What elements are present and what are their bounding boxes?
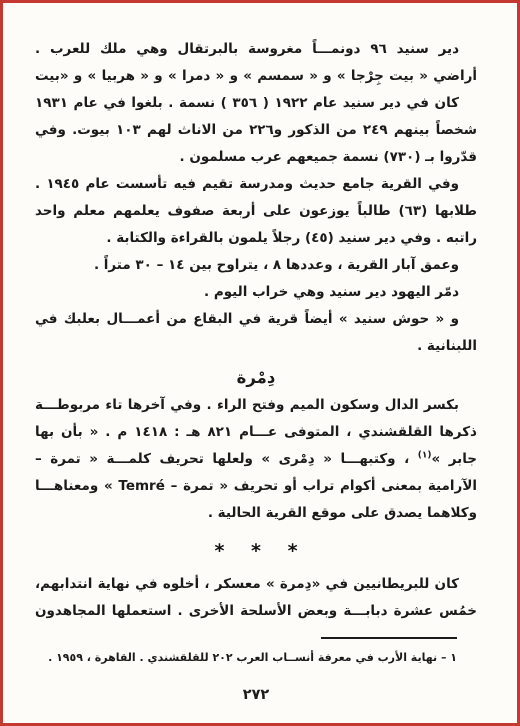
page-number: ٢٧٢ xyxy=(35,687,477,703)
body-text-line: كان للبريطانيين في «دِمرة » معسكر ، أخلو… xyxy=(35,571,477,598)
body-text-line: جابر »(١) ، وكتبهـــا « دِمْرى » ولعلها … xyxy=(35,446,477,473)
footnote-divider xyxy=(321,637,457,639)
footnote-marker: (١) xyxy=(418,451,432,461)
body-text-line: ذكرها القلقشندي ، المتوفى عـــام ٨٢١ هـ … xyxy=(35,419,477,446)
body-text-line: شخصاً بينهم ٢٤٩ من الذكور و٢٢٦ من الاناث… xyxy=(35,117,477,144)
body-text-line: دمّر اليهود دير سنيد وهي خراب اليوم . xyxy=(35,279,477,306)
body-text-line: قدّروا بـ (٧٣٠) نسمة جميعهم عرب مسلمون . xyxy=(35,144,477,171)
body-text-line: طلابها (٦٣) طالباً يوزعون على أربعة صفوف… xyxy=(35,198,477,225)
body-text-line: و « حوش سنيد » أيضاً قرية في البقاع من أ… xyxy=(35,306,477,333)
body-text-line: أراضي « بيت جِرْجا » و « سمسم » و « دمرا… xyxy=(35,63,477,90)
body-text-line: وفي القرية جامع حديث ومدرسة تقيم فيه تأس… xyxy=(35,171,477,198)
asterisk-separator: * * * xyxy=(35,539,477,563)
body-text-segment: جابر » xyxy=(432,451,478,467)
body-text-line: كان في دير سنيد عام ١٩٢٢ ( ٣٥٦ ) نسمة . … xyxy=(35,90,477,117)
body-text-line: خمُس عشرة دبابـــة وبعض الأسلحة الأخرى .… xyxy=(35,598,477,625)
scanned-book-page: دير سنيد ٩٦ دونمـــاً مغروسة بالبرتقال و… xyxy=(0,0,520,726)
body-text-line: وكلاهما يصدق على موقع القرية الحالية . xyxy=(35,500,477,527)
body-text-line: راتبه . وفي دير سنيد (٤٥) رجلاً يلمون با… xyxy=(35,225,477,252)
body-text-line: بكسر الدال وسكون الميم وفتح الراء . وفي … xyxy=(35,392,477,419)
body-text-line: دير سنيد ٩٦ دونمـــاً مغروسة بالبرتقال و… xyxy=(35,36,477,63)
body-text-line: اللبنانية . xyxy=(35,333,477,360)
body-text-line: الآرامية بمعنى أكوام تراب أو تحريف « تمر… xyxy=(35,473,477,500)
section-heading-dimra: دِمْرة xyxy=(35,366,477,390)
footnote-text: ١ – نهاية الأرب في معرفة أنســاب العرب ٢… xyxy=(35,649,477,667)
body-text-segment: ، وكتبهـــا « دِمْرى » ولعلها تحريف كلمـ… xyxy=(35,451,477,473)
body-text-line: وعمق آبار القرية ، وعددها ٨ ، يتراوح بين… xyxy=(35,252,477,279)
page-content: دير سنيد ٩٦ دونمـــاً مغروسة بالبرتقال و… xyxy=(3,3,517,703)
